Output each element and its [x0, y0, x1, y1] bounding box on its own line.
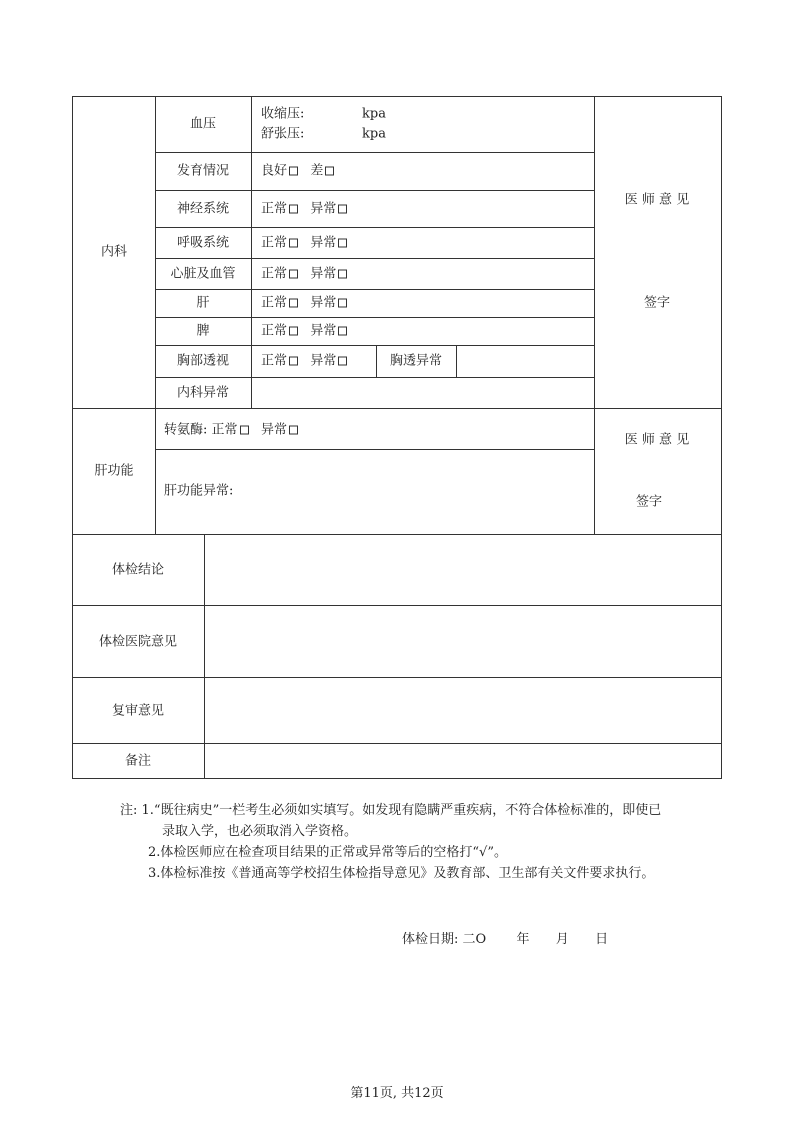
exam-date-month: 月 — [556, 932, 569, 947]
transaminase-label: 转氨酶: — [164, 423, 207, 438]
remarks-input[interactable] — [206, 745, 720, 777]
exam-date-label: 体检日期: — [402, 932, 458, 947]
row-label-development: 发育情况 — [177, 165, 229, 178]
option-abnormal: 异常 — [310, 324, 336, 339]
note-line-3: 3.体检标准按《普通高等学校招生体检指导意见》及教育部、卫生部有关文件要求执行。 — [120, 863, 661, 884]
checkbox-normal[interactable] — [240, 426, 249, 435]
exam-date-day: 日 — [595, 932, 608, 947]
note-line-2: 2.体检医师应在检查项目结果的正常或异常等后的空格打“√”。 — [120, 842, 661, 863]
note-line-1b: 录取入学，也必须取消入学资格。 — [120, 821, 661, 842]
internal-abnormal-input[interactable] — [253, 379, 592, 407]
diastolic-unit: kpa — [362, 128, 386, 141]
option-poor: 差 — [310, 164, 323, 179]
spleen-options: 正常 异常 — [261, 325, 347, 338]
exam-date: 体检日期: 二O 年 月 日 — [402, 928, 608, 947]
review-opinion-input[interactable] — [206, 679, 720, 742]
option-abnormal: 异常 — [310, 267, 336, 282]
row-label-heart-vessels: 心脏及血管 — [170, 268, 235, 281]
option-good: 良好 — [261, 164, 287, 179]
row-label-hospital-opinion: 体检医院意见 — [99, 636, 177, 649]
notes-section: 注: 1.“既往病史”一栏考生必须如实填写。如发现有隐瞒严重疾病，不符合体检标准… — [120, 800, 661, 884]
section-label-internal-medicine: 内科 — [101, 246, 127, 259]
exam-date-year-prefix: 二O — [463, 932, 487, 947]
notes-prefix: 注: — [120, 803, 137, 818]
checkbox-normal[interactable] — [289, 327, 298, 336]
row-label-review-opinion: 复审意见 — [112, 705, 164, 718]
row-label-respiratory-system: 呼吸系统 — [177, 237, 229, 250]
page-number: 第11页, 共12页 — [350, 1082, 443, 1101]
option-normal: 正常 — [261, 324, 287, 339]
option-abnormal: 异常 — [261, 423, 287, 438]
checkbox-normal[interactable] — [289, 357, 298, 366]
section-label-liver-function: 肝功能 — [94, 465, 133, 478]
chest-options: 正常 异常 — [261, 355, 347, 368]
nervous-options: 正常 异常 — [261, 203, 347, 216]
row-label-spleen: 脾 — [196, 325, 209, 338]
respiratory-options: 正常 异常 — [261, 237, 347, 250]
chest-abnormal-label: 胸透异常 — [390, 355, 442, 368]
checkbox-abnormal[interactable] — [338, 327, 347, 336]
doctor-opinion-label: 医 师 意 见 — [625, 434, 689, 447]
checkbox-abnormal[interactable] — [338, 270, 347, 279]
checkbox-abnormal[interactable] — [338, 239, 347, 248]
note-item: 1.“既往病史”一栏考生必须如实填写。如发现有隐瞒严重疾病，不符合体检标准的，即… — [142, 803, 662, 818]
exam-date-year: 年 — [516, 932, 529, 947]
row-label-nervous-system: 神经系统 — [177, 203, 229, 216]
option-abnormal: 异常 — [310, 202, 336, 217]
liver-abnormal-label: 肝功能异常: — [164, 485, 233, 498]
row-label-liver: 肝 — [196, 297, 209, 310]
checkbox-abnormal[interactable] — [338, 205, 347, 214]
checkbox-poor[interactable] — [325, 167, 334, 176]
option-abnormal: 异常 — [310, 236, 336, 251]
option-abnormal: 异常 — [310, 296, 336, 311]
checkbox-abnormal[interactable] — [338, 299, 347, 308]
option-normal: 正常 — [261, 354, 287, 369]
systolic-unit: kpa — [362, 108, 386, 121]
checkbox-good[interactable] — [289, 167, 298, 176]
option-normal: 正常 — [261, 236, 287, 251]
row-label-remarks: 备注 — [125, 755, 151, 768]
systolic-input[interactable] — [300, 106, 358, 122]
checkbox-abnormal[interactable] — [289, 426, 298, 435]
diastolic-label: 舒张压: — [261, 128, 304, 141]
diastolic-input[interactable] — [300, 126, 358, 142]
checkbox-normal[interactable] — [289, 205, 298, 214]
option-normal: 正常 — [212, 423, 238, 438]
signature-label: 签字 — [636, 496, 662, 509]
option-normal: 正常 — [261, 267, 287, 282]
checkbox-normal[interactable] — [289, 239, 298, 248]
checkbox-normal[interactable] — [289, 270, 298, 279]
liver-options: 正常 异常 — [261, 297, 347, 310]
systolic-label: 收缩压: — [261, 108, 304, 121]
heart-options: 正常 异常 — [261, 268, 347, 281]
checkbox-abnormal[interactable] — [338, 357, 347, 366]
exam-conclusion-input[interactable] — [206, 536, 720, 604]
row-label-exam-conclusion: 体检结论 — [112, 564, 164, 577]
development-options: 良好 差 — [261, 165, 334, 178]
option-normal: 正常 — [261, 296, 287, 311]
transaminase-options: 转氨酶: 正常 异常 — [164, 424, 298, 437]
row-label-chest-fluoroscopy: 胸部透视 — [177, 355, 229, 368]
chest-abnormal-input[interactable] — [458, 347, 592, 375]
option-normal: 正常 — [261, 202, 287, 217]
checkbox-normal[interactable] — [289, 299, 298, 308]
signature-label: 签字 — [644, 297, 670, 310]
row-label-internal-abnormal: 内科异常 — [177, 387, 229, 400]
doctor-opinion-label: 医 师 意 见 — [625, 194, 689, 207]
liver-abnormal-input[interactable] — [250, 455, 590, 530]
row-label-blood-pressure: 血压 — [190, 118, 216, 131]
hospital-opinion-input[interactable] — [206, 607, 720, 676]
option-abnormal: 异常 — [310, 354, 336, 369]
note-line-1: 注: 1.“既往病史”一栏考生必须如实填写。如发现有隐瞒严重疾病，不符合体检标准… — [120, 800, 661, 821]
